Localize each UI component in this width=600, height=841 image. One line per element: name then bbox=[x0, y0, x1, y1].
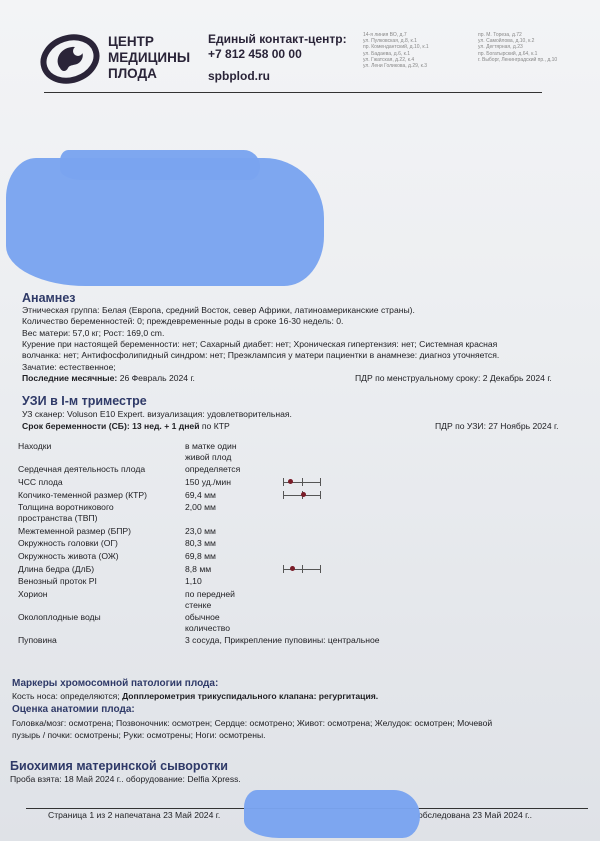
percentile-gauge bbox=[283, 478, 321, 486]
anamnesis-line: Курение при настоящей беременности: нет;… bbox=[22, 339, 497, 350]
measure-value: по переднейстенке bbox=[185, 589, 235, 610]
redaction-mask bbox=[244, 790, 420, 838]
measure-value: в матке одинживой плод bbox=[185, 441, 237, 462]
measure-value: определяется bbox=[185, 464, 240, 475]
address-list-1: 14-я линия ВО, д.7ул. Пулковская, д.8, к… bbox=[363, 32, 429, 69]
fetus-logo-icon bbox=[40, 30, 102, 86]
anamnesis-title: Анамнез bbox=[22, 291, 76, 305]
contact-label: Единый контакт-центр: bbox=[208, 32, 347, 47]
measure-value: 23,0 мм bbox=[185, 526, 216, 537]
lmp-line: Последние месячные: 26 Февраль 2024 г. bbox=[22, 373, 195, 384]
measure-label: Межтеменной размер (БПР) bbox=[18, 526, 131, 537]
gestational-age: Срок беременности (СБ): 13 нед. + 1 дней… bbox=[22, 421, 230, 432]
measure-label: Сердечная деятельность плода bbox=[18, 464, 145, 475]
header-divider bbox=[44, 92, 542, 93]
scanner-line: УЗ сканер: Voluson E10 Expert. визуализа… bbox=[22, 409, 292, 420]
markers-line: Кость носа: определяются; Допплерометрия… bbox=[12, 691, 378, 702]
measure-label: Пуповина bbox=[18, 635, 57, 646]
markers-title: Маркеры хромосомной патологии плода: bbox=[12, 678, 218, 689]
anatomy-line-2: пузырь / почки: осмотрены; Руки: осмотре… bbox=[12, 730, 266, 741]
measure-value: 150 уд./мин bbox=[185, 477, 231, 488]
measure-label: Находки bbox=[18, 441, 51, 452]
measure-value: 1,10 bbox=[185, 576, 202, 587]
anamnesis-line: Зачатие: естественное; bbox=[22, 362, 116, 373]
measure-value: 80,3 мм bbox=[185, 538, 216, 549]
document-page: ЦЕНТР МЕДИЦИНЫ ПЛОДА Единый контакт-цент… bbox=[0, 0, 600, 841]
clinic-header: ЦЕНТР МЕДИЦИНЫ ПЛОДА Единый контакт-цент… bbox=[40, 30, 580, 90]
measure-label: Околоплодные воды bbox=[18, 612, 101, 623]
edd-ultrasound: ПДР по УЗИ: 27 Ноябрь 2024 г. bbox=[435, 421, 558, 432]
edd-menstrual: ПДР по менструальному сроку: 2 Декабрь 2… bbox=[355, 373, 552, 384]
percentile-gauge bbox=[283, 565, 321, 573]
measure-label: Окружность головки (ОГ) bbox=[18, 538, 118, 549]
address-list-2: пр. М. Тореза, д.72ул. Самойлова, д.10, … bbox=[478, 32, 557, 63]
anamnesis-line: Количество беременностей: 0; преждевреме… bbox=[22, 316, 343, 327]
address-line: ул. Лени Голикова, д.29, к.3 bbox=[363, 63, 429, 69]
biochemistry-title: Биохимия материнской сыворотки bbox=[10, 759, 228, 773]
clinic-name: ЦЕНТР МЕДИЦИНЫ ПЛОДА bbox=[108, 34, 190, 82]
website: spbplod.ru bbox=[208, 69, 347, 84]
page-info: Страница 1 из 2 напечатана 23 Май 2024 г… bbox=[48, 810, 220, 821]
exam-date: обследована 23 Май 2024 г.. bbox=[418, 810, 532, 821]
measure-label: Копчико-теменной размер (КТР) bbox=[18, 490, 147, 501]
phone-number: +7 812 458 00 00 bbox=[208, 47, 347, 62]
measure-label: Хорион bbox=[18, 589, 48, 600]
contact-block: Единый контакт-центр: +7 812 458 00 00 s… bbox=[208, 32, 347, 84]
anamnesis-line: Вес матери: 57,0 кг; Рост: 169,0 cm. bbox=[22, 328, 164, 339]
biochemistry-line: Проба взята: 18 Май 2024 г.. оборудовани… bbox=[10, 774, 241, 785]
measure-label: ЧСС плода bbox=[18, 477, 63, 488]
measure-label: Окружность живота (ОЖ) bbox=[18, 551, 119, 562]
measure-label: Толщина воротниковогопространства (ТВП) bbox=[18, 502, 114, 523]
anatomy-line-1: Головка/мозг: осмотрена; Позвоночник: ос… bbox=[12, 718, 492, 729]
percentile-gauge bbox=[283, 491, 321, 499]
measure-label: Венозный проток PI bbox=[18, 576, 97, 587]
measure-value: обычноеколичество bbox=[185, 612, 230, 633]
address-line: г. Выборг, Ленинградский пр., д.10 bbox=[478, 57, 557, 63]
measure-value: 3 сосуда, Прикрепление пуповины: централ… bbox=[185, 635, 380, 646]
measure-value: 69,8 мм bbox=[185, 551, 216, 562]
anamnesis-line: Этническая группа: Белая (Европа, средни… bbox=[22, 305, 415, 316]
ultrasound-title: УЗИ в I-м триместре bbox=[22, 394, 147, 408]
anatomy-title: Оценка анатомии плода: bbox=[12, 704, 135, 715]
measure-value: 69,4 мм bbox=[185, 490, 216, 501]
anamnesis-line: волчанка: нет; Антифосфолипидный синдром… bbox=[22, 350, 499, 361]
measure-value: 8,8 мм bbox=[185, 564, 211, 575]
measure-value: 2,00 мм bbox=[185, 502, 216, 513]
address-line: пр. Комендантский, д.10, к.1 bbox=[363, 44, 429, 50]
measure-label: Длина бедра (ДлБ) bbox=[18, 564, 94, 575]
redaction-mask bbox=[60, 150, 260, 180]
